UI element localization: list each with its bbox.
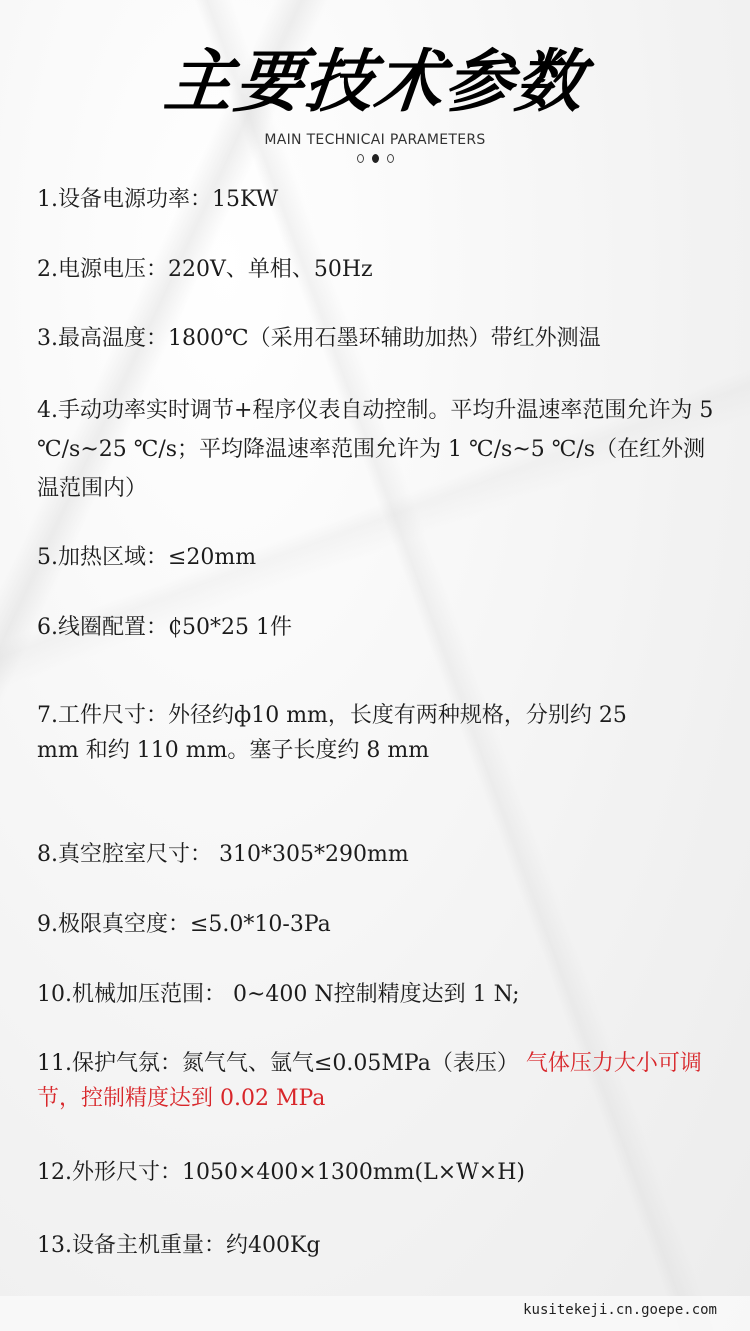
param-item-workpiece-size: 7.工件尺寸：外径约ф10 mm，长度有两种规格，分别约 25 mm 和约 11… xyxy=(37,698,717,768)
param-text: 11.保护气氛：氮气气、氩气≤0.05MPa（表压） xyxy=(37,1051,526,1076)
dot-active-icon xyxy=(372,154,379,163)
dot-icon xyxy=(357,154,364,163)
param-text: 7.工件尺寸：外径约ф10 mm，长度有两种规格，分别约 25 xyxy=(37,703,627,728)
param-item-control: 4.手动功率实时调节+程序仪表自动控制。平均升温速率范围允许为 5 ℃/s~25… xyxy=(37,391,717,508)
param-text-continued: mm 和约 110 mm。塞子长度约 8 mm xyxy=(37,738,429,763)
param-item-vacuum: 9.极限真空度：≤5.0*10-3Pa xyxy=(37,907,717,942)
param-item-max-temperature: 3.最高温度：1800℃（采用石墨环辅助加热）带红外测温 xyxy=(37,321,717,356)
page-subtitle: MAIN TECHNICAI PARAMETERS xyxy=(0,132,750,148)
header: 主要技术参数 MAIN TECHNICAI PARAMETERS xyxy=(0,40,750,163)
param-item-chamber-size: 8.真空腔室尺寸： 310*305*290mm xyxy=(37,837,717,872)
pagination-dots xyxy=(0,154,750,163)
param-item-weight: 13.设备主机重量：约400Kg xyxy=(37,1228,717,1263)
page-title: 主要技术参数 xyxy=(0,40,750,126)
dot-icon xyxy=(387,154,394,163)
watermark: kusitekeji.cn.goepe.com xyxy=(523,1302,717,1318)
param-item-heating-zone: 5.加热区域：≤20mm xyxy=(37,540,717,575)
param-item-pressure-range: 10.机械加压范围： 0~400 N控制精度达到 1 N; xyxy=(37,977,717,1012)
param-item-voltage: 2.电源电压：220V、单相、50Hz xyxy=(37,252,717,287)
param-item-coil: 6.线圈配置：₵50*25 1件 xyxy=(37,610,717,645)
param-item-dimensions: 12.外形尺寸：1050×400×1300mm(L×W×H) xyxy=(37,1155,717,1190)
param-item-atmosphere: 11.保护气氛：氮气气、氩气≤0.05MPa（表压） 气体压力大小可调节，控制精… xyxy=(37,1046,717,1116)
param-item-power: 1.设备电源功率：15KW xyxy=(37,182,717,217)
